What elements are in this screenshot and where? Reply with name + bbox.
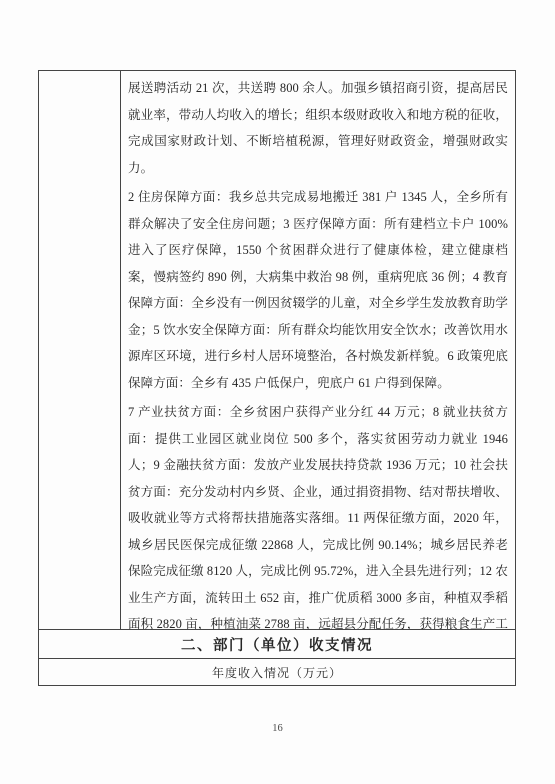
section-header-row: 二、部门（单位）收支情况 — [39, 630, 515, 659]
document-page: 展送聘活动 21 次，共送聘 800 余人。加强乡镇招商引资，提高居民就业率，带… — [0, 0, 555, 784]
income-header-row: 年度收入情况（万元） — [39, 659, 515, 685]
summary-text-cell: 展送聘活动 21 次，共送聘 800 余人。加强乡镇招商引资，提高居民就业率，带… — [121, 71, 515, 629]
summary-paragraph-3: 7 产业扶贫方面：全乡贫困户获得产业分红 44 万元；8 就业扶贫方面：提供工业… — [128, 399, 508, 629]
section-header-title: 二、部门（单位）收支情况 — [181, 634, 373, 655]
summary-paragraph-2: 2 住房保障方面：我乡总共完成易地搬迁 381 户 1345 人，全乡所有群众解… — [128, 184, 508, 396]
report-table: 展送聘活动 21 次，共送聘 800 余人。加强乡镇招商引资，提高居民就业率，带… — [38, 70, 516, 686]
income-header-title: 年度收入情况（万元） — [212, 664, 342, 681]
summary-row: 展送聘活动 21 次，共送聘 800 余人。加强乡镇招商引资，提高居民就业率，带… — [39, 71, 515, 630]
row-label-cell — [39, 71, 121, 629]
page-number: 16 — [0, 723, 555, 734]
summary-paragraph-1: 展送聘活动 21 次，共送聘 800 余人。加强乡镇招商引资，提高居民就业率，带… — [128, 75, 508, 181]
